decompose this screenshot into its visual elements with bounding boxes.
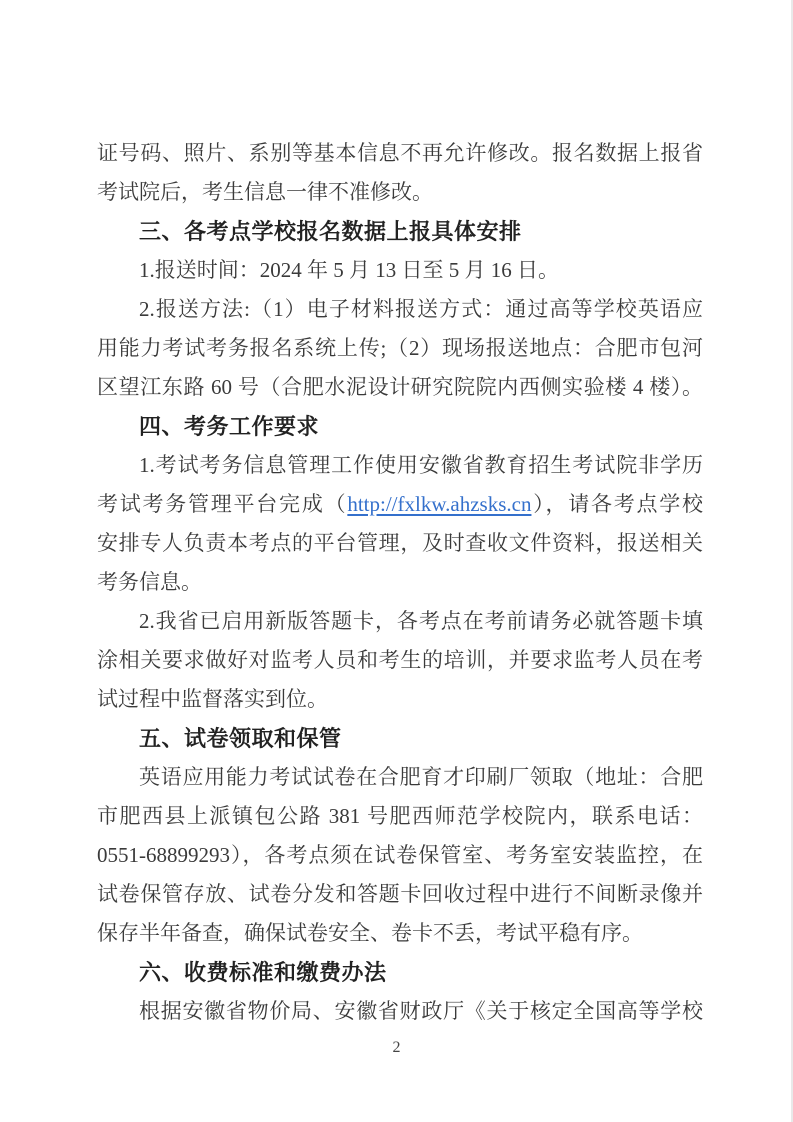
doc-line: 用能力考试考务报名系统上传;（2）现场报送地点：合肥市包河 <box>97 329 703 368</box>
doc-line: 根据安徽省物价局、安徽省财政厅《关于核定全国高等学校 <box>97 992 703 1031</box>
doc-line: 区望江东路 60 号（合肥水泥设计研究院院内西侧实验楼 4 楼）。 <box>97 368 703 407</box>
doc-line: 试卷保管存放、试卷分发和答题卡回收过程中进行不间断录像并 <box>97 875 703 914</box>
doc-line: 1.考试考务信息管理工作使用安徽省教育招生考试院非学历 <box>97 446 703 485</box>
doc-line: 1.报送时间：2024 年 5 月 13 日至 5 月 16 日。 <box>97 251 703 290</box>
doc-line: 2.我省已启用新版答题卡，各考点在考前请务必就答题卡填 <box>97 602 703 641</box>
doc-line: 市肥西县上派镇包公路 381 号肥西师范学校院内，联系电话： <box>97 797 703 836</box>
doc-line: 0551-68899293），各考点须在试卷保管室、考务室安装监控，在 <box>97 836 703 875</box>
doc-line: 证号码、照片、系别等基本信息不再允许修改。报名数据上报省 <box>97 134 703 173</box>
section-6-heading: 六、收费标准和缴费办法 <box>97 953 703 992</box>
doc-line: 英语应用能力考试试卷在合肥育才印刷厂领取（地址：合肥 <box>97 758 703 797</box>
link-prefix-text: 考试考务管理平台完成（ <box>97 492 347 516</box>
doc-line: 考务信息。 <box>97 563 703 602</box>
doc-line: 考试院后，考生信息一律不准修改。 <box>97 173 703 212</box>
section-3-heading: 三、各考点学校报名数据上报具体安排 <box>97 212 703 251</box>
link-suffix-text: ），请各考点学校 <box>531 492 703 516</box>
doc-line: 保存半年备查，确保试卷安全、卷卡不丢，考试平稳有序。 <box>97 914 703 953</box>
doc-line: 试过程中监督落实到位。 <box>97 680 703 719</box>
section-4-heading: 四、考务工作要求 <box>97 407 703 446</box>
platform-url-link[interactable]: http://fxlkw.ahzsks.cn <box>347 492 531 516</box>
doc-line-with-link: 考试考务管理平台完成（http://fxlkw.ahzsks.cn），请各考点学… <box>97 485 703 524</box>
doc-line: 2.报送方法:（1）电子材料报送方式：通过高等学校英语应 <box>97 290 703 329</box>
document-body: 证号码、照片、系别等基本信息不再允许修改。报名数据上报省 考试院后，考生信息一律… <box>97 134 703 1031</box>
doc-line: 安排专人负责本考点的平台管理，及时查收文件资料，报送相关 <box>97 524 703 563</box>
section-5-heading: 五、试卷领取和保管 <box>97 719 703 758</box>
page-number: 2 <box>0 1037 793 1059</box>
document-page: 证号码、照片、系别等基本信息不再允许修改。报名数据上报省 考试院后，考生信息一律… <box>0 0 793 1122</box>
doc-line: 涂相关要求做好对监考人员和考生的培训，并要求监考人员在考 <box>97 641 703 680</box>
